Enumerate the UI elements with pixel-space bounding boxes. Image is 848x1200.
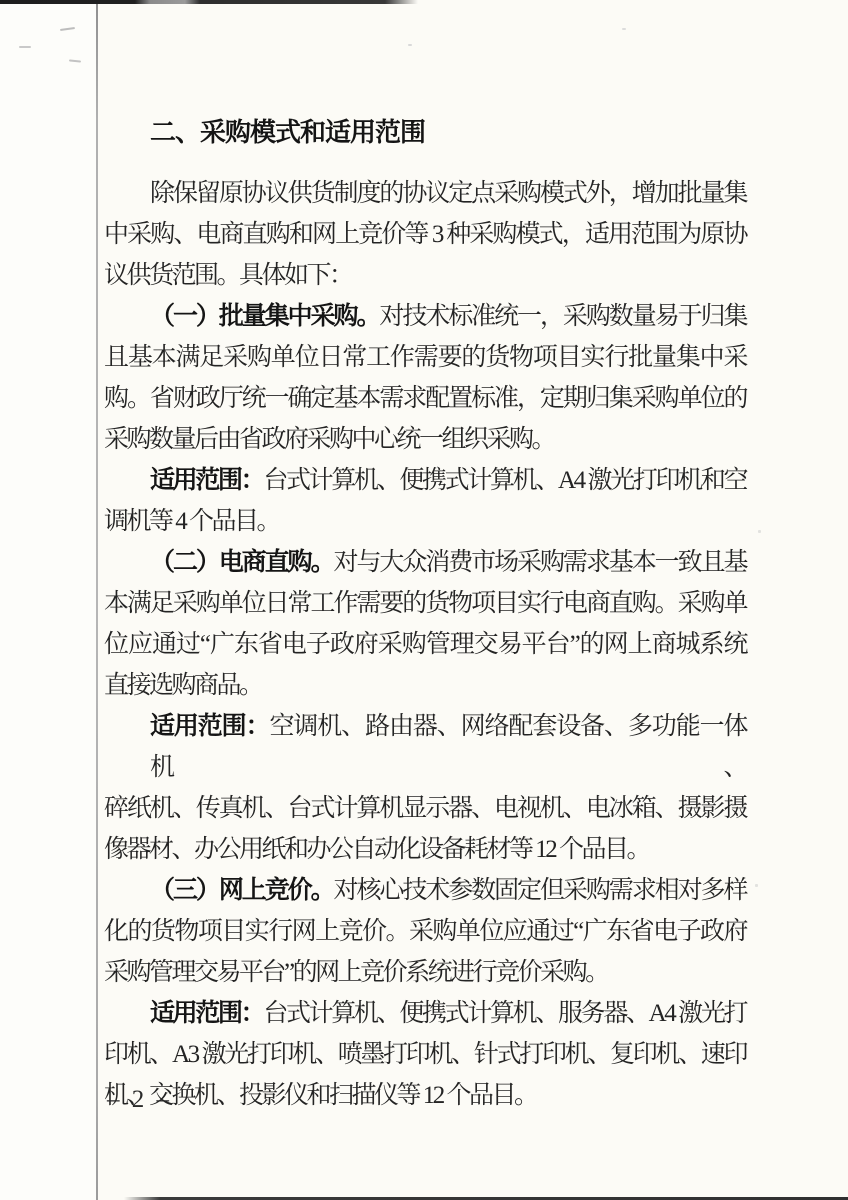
line-text: 印机、A3 激光打印机、喷墨打印机、针式打印机、复印机、速印 (104, 1041, 746, 1068)
scanned-document-page: 二、采购模式和适用范围 除保留原协议供货制度的协议定点采购模式外，增加批量集 中… (0, 0, 848, 1200)
text-line: 印机、A3 激光打印机、喷墨打印机、针式打印机、复印机、速印 (104, 1034, 746, 1075)
bold-run-in: （二）电商直购。 (150, 548, 334, 576)
line-text: 议供货范围。具体如下： (104, 262, 352, 289)
line-text: 直接选购商品。 (104, 672, 262, 699)
text-line: 调机等 4 个品目。 (104, 501, 746, 542)
line-text: 台式计算机、便携式计算机、服务器、A4 激光打 (263, 1000, 746, 1027)
text-line: 适用范围：空调机、路由器、网络配套设备、多功能一体机、 (104, 706, 746, 788)
document-body: 二、采购模式和适用范围 除保留原协议供货制度的协议定点采购模式外，增加批量集 中… (104, 112, 746, 1116)
text-line: 且基本满足采购单位日常工作需要的货物项目实行批量集中采 (104, 337, 746, 378)
text-line: 碎纸机、传真机、台式计算机显示器、电视机、电冰箱、摄影摄 (104, 788, 746, 829)
scan-fold-line (96, 0, 98, 1200)
page-number: – 2 – (107, 1086, 172, 1114)
bold-run-in: 适用范围： (150, 466, 263, 494)
line-text: 化的货物项目实行网上竞价。采购单位应通过“广东省电子政府 (104, 918, 746, 945)
margin-mark (19, 46, 31, 48)
document-heading: 二、采购模式和适用范围 (104, 112, 746, 153)
line-text: 且基本满足采购单位日常工作需要的货物项目实行批量集中采 (104, 344, 746, 371)
line-text: 对技术标准统一，采购数量易于归集 (379, 303, 746, 330)
text-line: 机、交换机、投影仪和扫描仪等 12 个品目。 (104, 1075, 746, 1116)
text-line: 采购管理交易平台”的网上竞价系统进行竞价采购。 (104, 952, 746, 993)
line-text: 碎纸机、传真机、台式计算机显示器、电视机、电冰箱、摄影摄 (104, 795, 746, 822)
paper-speck (755, 884, 758, 887)
text-line: 像器材、办公用纸和办公自动化设备耗材等 12 个品目。 (104, 829, 746, 870)
text-line: （三）网上竞价。对核心技术参数固定但采购需求相对多样 (104, 870, 746, 911)
text-line: 除保留原协议供货制度的协议定点采购模式外，增加批量集 (104, 173, 746, 214)
line-text: 像器材、办公用纸和办公自动化设备耗材等 12 个品目。 (104, 836, 649, 863)
scan-top-edge (0, 0, 420, 4)
paper-speck (622, 28, 626, 30)
line-text: 对核心技术参数固定但采购需求相对多样 (334, 877, 746, 904)
text-line: 位应通过“广东省电子政府采购管理交易平台”的网上商城系统 (104, 624, 746, 665)
bold-run-in: （三）网上竞价。 (150, 876, 334, 904)
text-line: （二）电商直购。对与大众消费市场采购需求基本一致且基 (104, 542, 746, 583)
text-line: 中采购、电商直购和网上竞价等 3 种采购模式，适用范围为原协 (104, 214, 746, 255)
line-text: 中采购、电商直购和网上竞价等 3 种采购模式，适用范围为原协 (104, 221, 746, 248)
text-line: （一）批量集中采购。对技术标准统一，采购数量易于归集 (104, 296, 746, 337)
scan-left-margin (0, 0, 96, 1200)
text-line: 适用范围：台式计算机、便携式计算机、服务器、A4 激光打 (104, 993, 746, 1034)
line-text: 位应通过“广东省电子政府采购管理交易平台”的网上商城系统 (104, 631, 746, 658)
text-line: 采购数量后由省政府采购中心统一组织采购。 (104, 419, 746, 460)
text-line: 化的货物项目实行网上竞价。采购单位应通过“广东省电子政府 (104, 911, 746, 952)
text-line: 本满足采购单位日常工作需要的货物项目实行电商直购。采购单 (104, 583, 746, 624)
text-line: 直接选购商品。 (104, 665, 746, 706)
text-line: 议供货范围。具体如下： (104, 255, 746, 296)
line-text: 除保留原协议供货制度的协议定点采购模式外，增加批量集 (150, 180, 746, 207)
bold-run-in: 适用范围： (150, 712, 269, 740)
bold-run-in: 适用范围： (150, 999, 263, 1027)
line-text: 本满足采购单位日常工作需要的货物项目实行电商直购。采购单 (104, 590, 746, 617)
line-text: 台式计算机、便携式计算机、A4 激光打印机和空 (263, 467, 746, 494)
line-text: 对与大众消费市场采购需求基本一致且基 (334, 549, 746, 576)
paper-speck (408, 44, 412, 46)
line-text: 购。省财政厅统一确定基本需求配置标准，定期归集采购单位的 (104, 385, 746, 412)
line-text: 调机等 4 个品目。 (104, 508, 279, 535)
text-line: 购。省财政厅统一确定基本需求配置标准，定期归集采购单位的 (104, 378, 746, 419)
paper-speck (758, 530, 761, 533)
bold-run-in: （一）批量集中采购。 (150, 302, 379, 330)
line-text: 采购数量后由省政府采购中心统一组织采购。 (104, 426, 554, 453)
text-line: 适用范围：台式计算机、便携式计算机、A4 激光打印机和空 (104, 460, 746, 501)
line-text: 采购管理交易平台”的网上竞价系统进行竞价采购。 (104, 959, 608, 986)
